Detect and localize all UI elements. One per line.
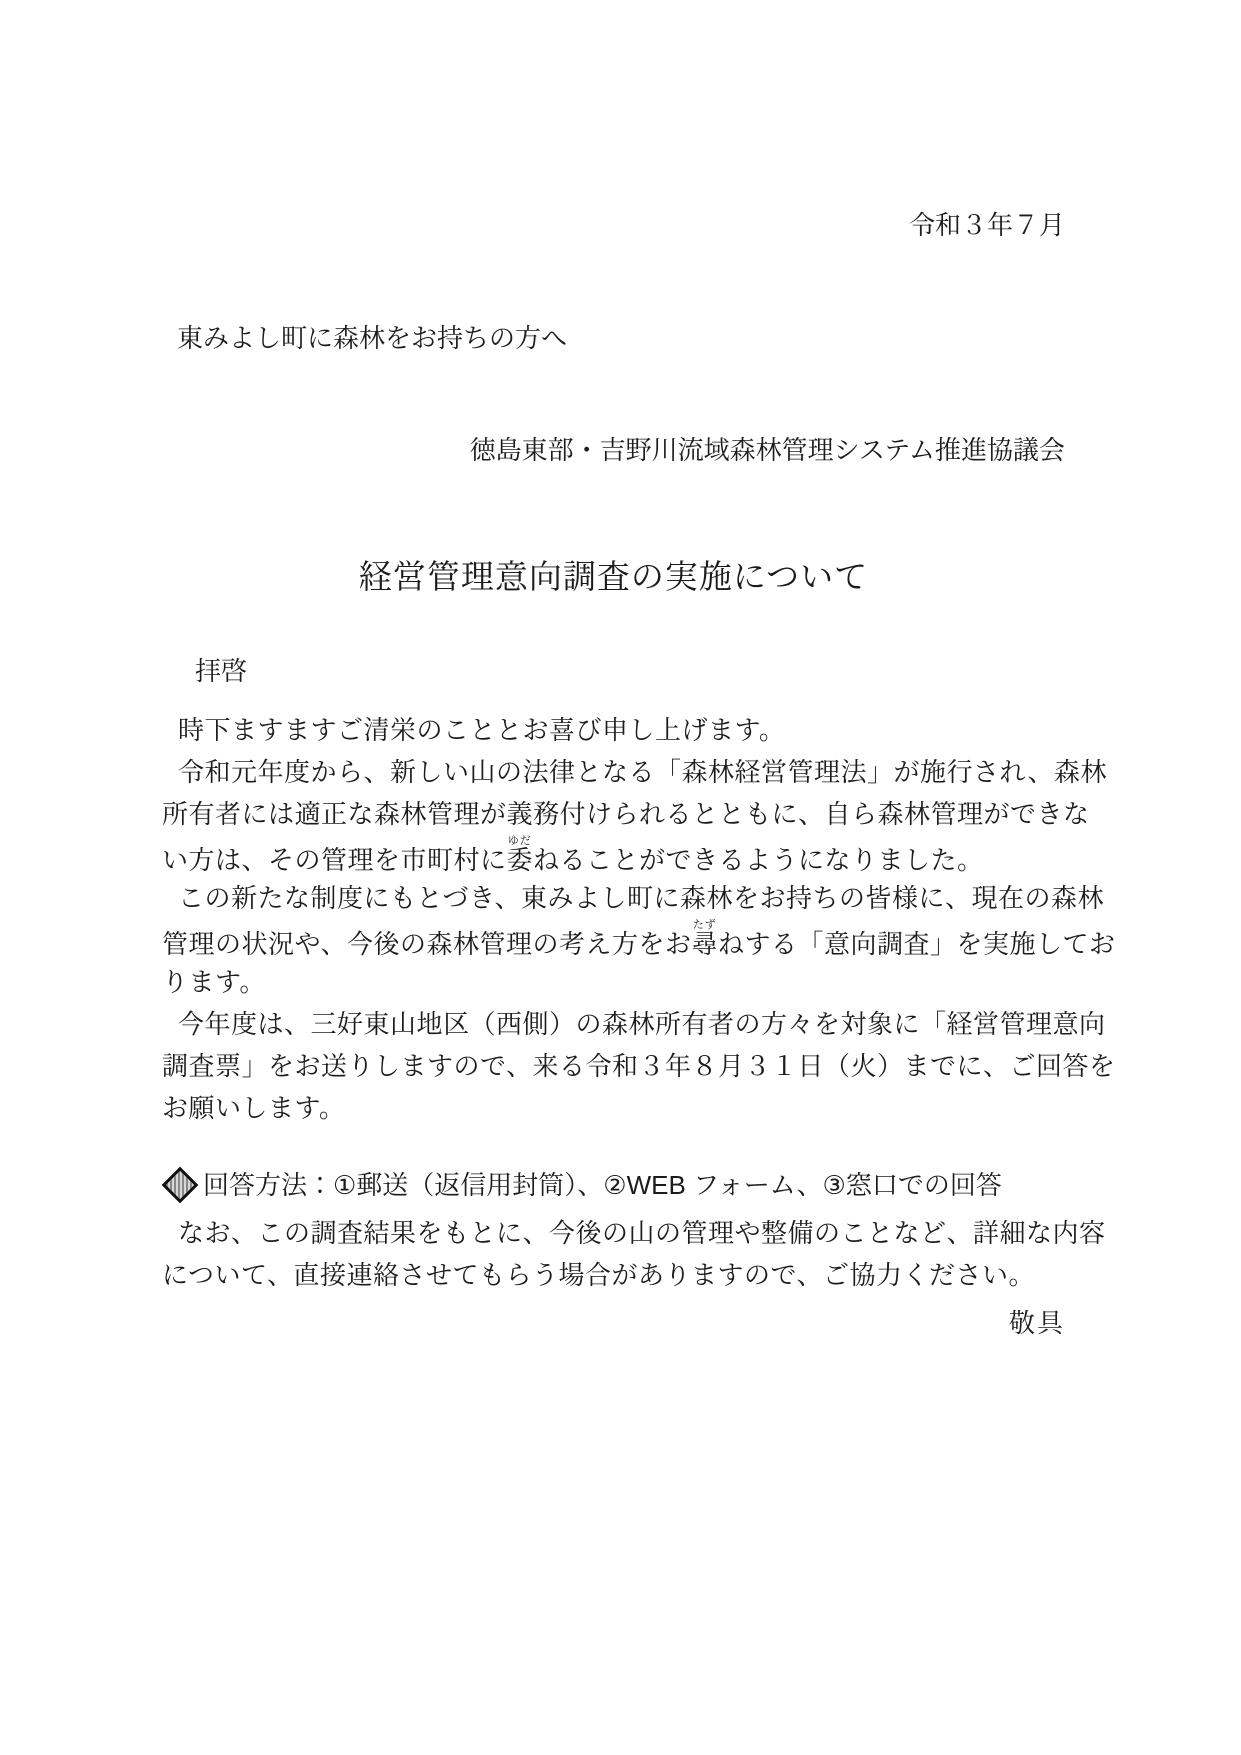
body-line: 今年度は、三好東山地区（西側）の森林所有者の方々を対象に「経営管理意向: [162, 1003, 1065, 1045]
body-line: 調査票」をお送りしますので、来る令和３年８月３１日（火）までに、ご回答を: [162, 1045, 1065, 1087]
closing-keigu: 敬具: [162, 1304, 1065, 1342]
diamond-ornament-icon: [162, 1167, 199, 1204]
addressee-line: 東みよし町に森林をお持ちの方へ: [162, 319, 1065, 357]
body-line: について、直接連絡させてもらう場合がありますので、ご協力ください。: [162, 1254, 1065, 1296]
ruby-annotated-char: 委ゆだ: [507, 845, 534, 875]
letter-page: 令和３年７月 東みよし町に森林をお持ちの方へ 徳島東部・吉野川流域森林管理システ…: [0, 0, 1241, 1755]
document-title: 経営管理意向調査の実施について: [162, 554, 1065, 600]
body-line: い方は、その管理を市町村に委ゆだねることができるようになりました。: [162, 835, 1065, 877]
salutation-haikei: 拝啓: [162, 652, 1065, 690]
body-line: 管理の状況や、今後の森林管理の考え方をお尋たずねする「意向調査」を実施してお: [162, 919, 1065, 961]
body-line: 令和元年度から、新しい山の法律となる「森林経営管理法」が施行され、森林: [162, 751, 1065, 793]
date-line: 令和３年７月: [162, 206, 1065, 244]
body-line: 所有者には適正な森林管理が義務付けられるとともに、自ら森林管理ができな: [162, 793, 1065, 835]
letter-body: 時下ますますご清栄のこととお喜び申し上げます。令和元年度から、新しい山の法律とな…: [162, 709, 1065, 1129]
body-line: ります。: [162, 961, 1065, 1003]
body-line: この新たな制度にもとづき、東みよし町に森林をお持ちの皆様に、現在の森林: [162, 877, 1065, 919]
body-line: お願いします。: [162, 1087, 1065, 1129]
sender-organization-line: 徳島東部・吉野川流域森林管理システム推進協議会: [162, 431, 1065, 469]
response-methods-text: 回答方法：①郵送（返信用封筒）、②WEB フォーム、③窓口での回答: [203, 1164, 1002, 1206]
ruby-annotated-char: 尋たず: [691, 929, 718, 959]
body-line: 時下ますますご清栄のこととお喜び申し上げます。: [162, 709, 1065, 751]
response-methods-line: 回答方法：①郵送（返信用封筒）、②WEB フォーム、③窓口での回答: [162, 1164, 1065, 1206]
letter-body-continued: なお、この調査結果をもとに、今後の山の管理や整備のことなど、詳細な内容について、…: [162, 1212, 1065, 1296]
body-line: なお、この調査結果をもとに、今後の山の管理や整備のことなど、詳細な内容: [162, 1212, 1065, 1254]
